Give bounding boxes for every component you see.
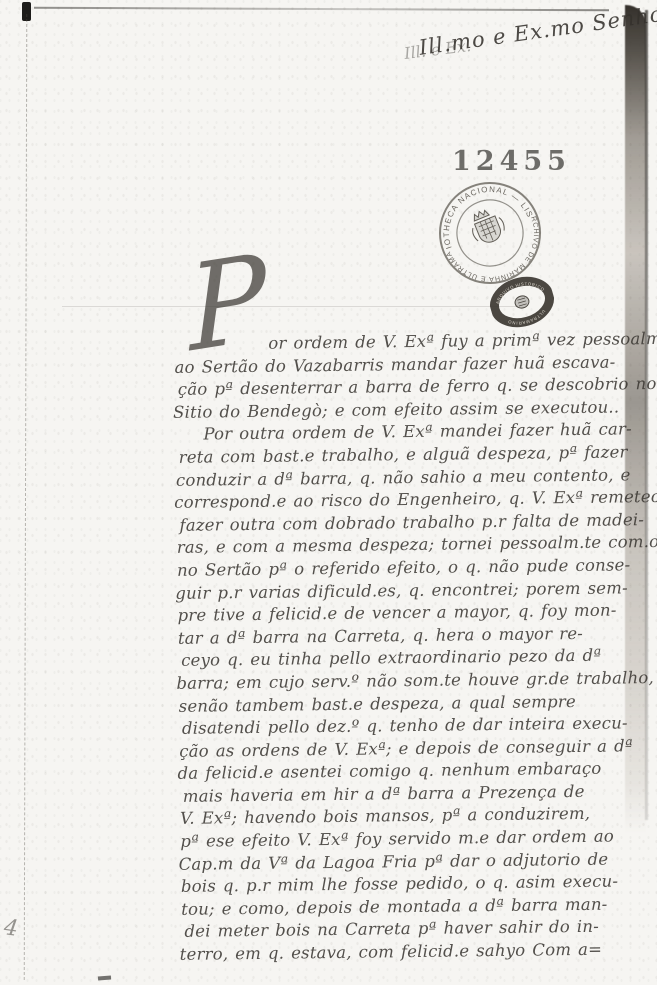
- scanned-manuscript-page: Ill.mo e Ex.mo Senhor Ill. e Ex. 12455 B…: [0, 0, 657, 985]
- page-top-edge: [34, 7, 609, 11]
- bottom-ink-mark: [98, 976, 111, 981]
- manuscript-line: terro, em q. estava, com felicid.e sahyo…: [180, 938, 652, 966]
- left-fold-line: [24, 14, 28, 980]
- oval-stamp-emblem-icon: [514, 294, 531, 309]
- margin-page-number: 4: [2, 915, 19, 942]
- crest-icon: [466, 205, 508, 248]
- manuscript-body: or ordem de V. Exª fuy a primª vez pesso…: [174, 328, 652, 966]
- horizontal-crease: [62, 306, 517, 307]
- salutation-ghost-script: Ill. e Ex.: [403, 36, 472, 63]
